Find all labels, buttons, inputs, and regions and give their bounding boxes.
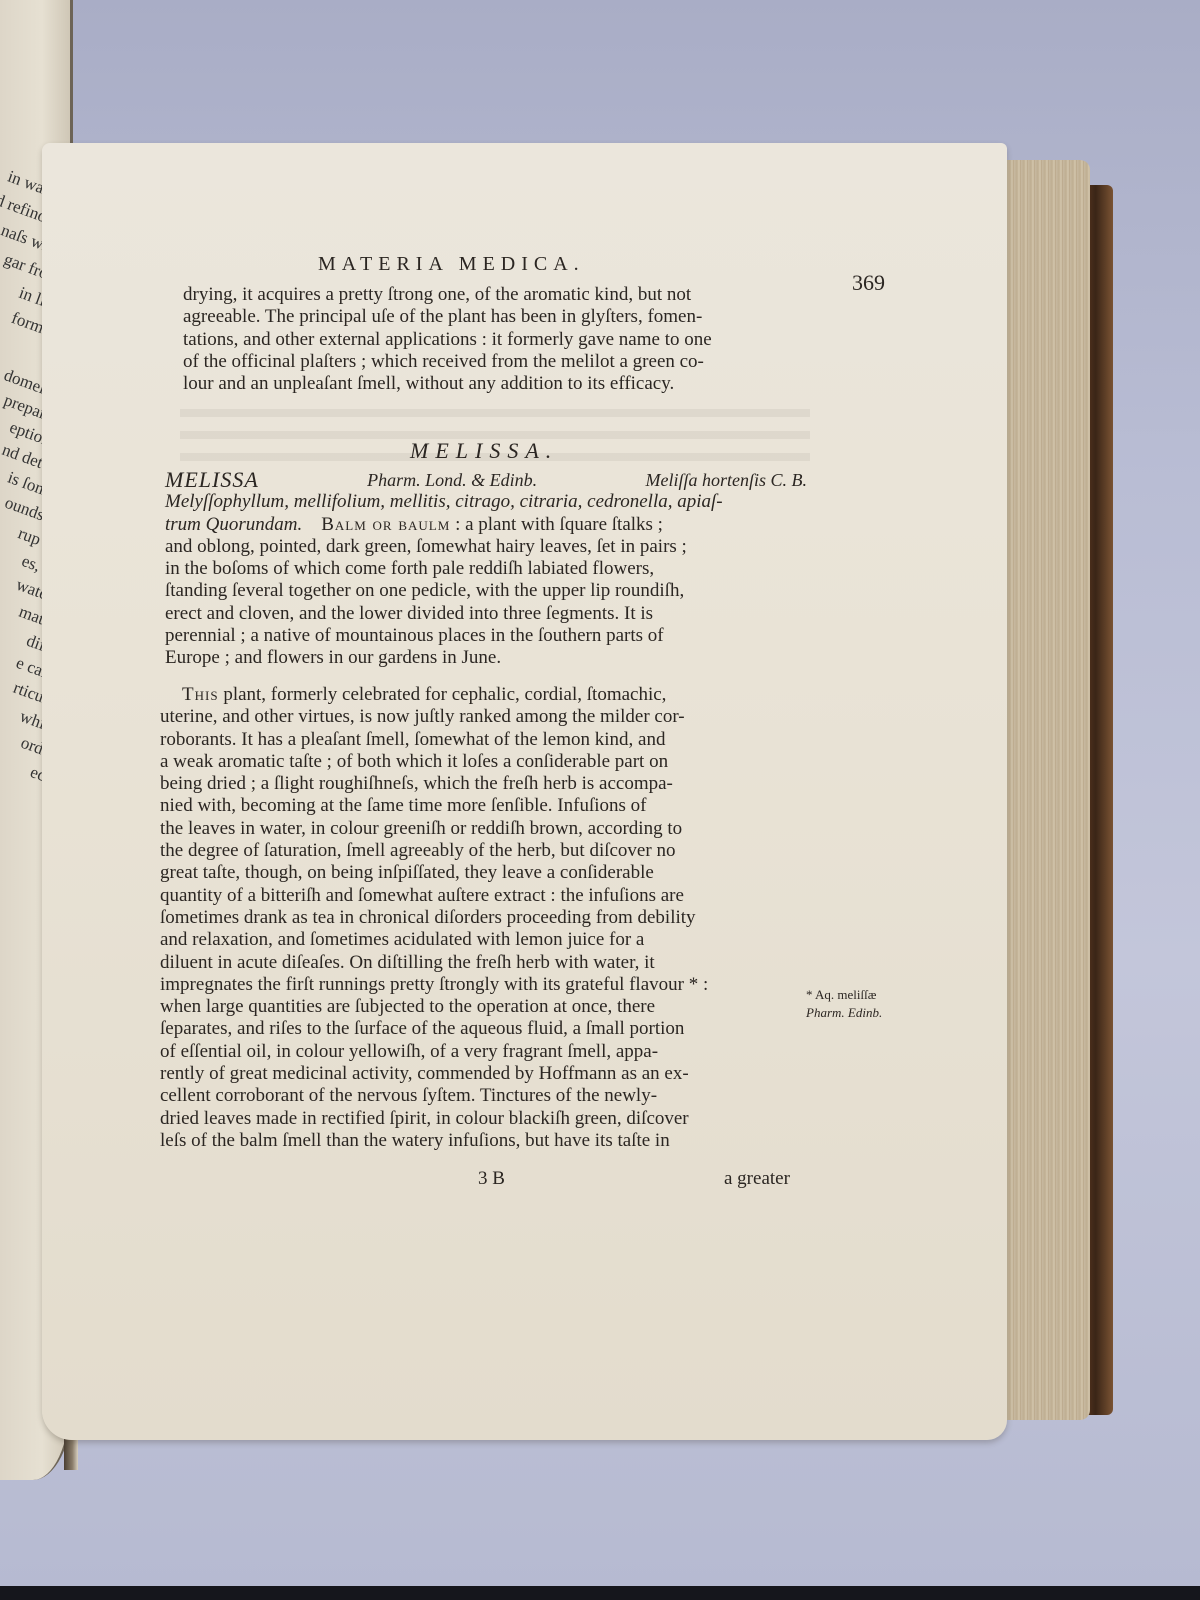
text-line: a weak aromatic taſte ; of both which it… [160, 751, 806, 773]
section-title: MELISSA. [410, 438, 558, 464]
text-line: This plant, formerly celebrated for ceph… [160, 684, 806, 706]
text-line: ſtanding ſeveral together on one pedicle… [165, 580, 807, 602]
text-line: agreeable. The principal uſe of the plan… [183, 306, 805, 328]
text-line: the leaves in water, in colour greeniſh … [160, 818, 806, 840]
text-line: and relaxation, and ſometimes acidulated… [160, 929, 806, 951]
page-number: 369 [852, 270, 885, 296]
text-line: Europe ; and flowers in our gardens in J… [165, 647, 807, 669]
table-edge [0, 1586, 1200, 1600]
text-line: great taſte, though, on being inſpiſſate… [160, 862, 806, 884]
description-start: : a plant with ſquare ſtalks ; [455, 514, 663, 535]
entry-description: MELISSA Pharm. Lond. & Edinb. Meliſſa ho… [165, 469, 807, 670]
text-line: tations, and other external applications… [183, 329, 805, 351]
catchword: a greater [724, 1168, 790, 1190]
page-stack-edge [1000, 160, 1090, 1420]
body-paragraph: This plant, formerly celebrated for ceph… [160, 684, 806, 1152]
text-line: being dried ; a ſlight roughiſhneſs, whi… [160, 773, 806, 795]
footnote-line: Pharm. Edinb. [806, 1004, 902, 1022]
text-line: and oblong, pointed, dark green, ſomewha… [165, 536, 807, 558]
text-line: leſs of the balm ſmell than the watery i… [160, 1130, 806, 1152]
text-line: cellent corroborant of the nervous ſyſte… [160, 1085, 806, 1107]
signature-mark: 3 B [478, 1168, 505, 1190]
text-line: lour and an unpleaſant ſmell, without an… [183, 373, 805, 395]
text-line: of eſſential oil, in colour yellowiſh, o… [160, 1041, 806, 1063]
running-head: MATERIA MEDICA. [318, 253, 585, 276]
synonyms-end: trum Quorundam. [165, 514, 302, 535]
text-line: when large quantities are ſubjected to t… [160, 996, 806, 1018]
common-name: Balm or baulm [321, 514, 450, 535]
text-line: ſeparates, and riſes to the ſurface of t… [160, 1018, 806, 1040]
text-line: the degree of ſaturation, ſmell agreeabl… [160, 840, 806, 862]
text-line: impregnates the firſt runnings pretty ſt… [160, 974, 806, 996]
text-line: erect and cloven, and the lower divided … [165, 603, 807, 625]
pharmacopoeia-ref: Pharm. Lond. & Edinb. [367, 469, 537, 491]
text-line: dried leaves made in rectified ſpirit, i… [160, 1108, 806, 1130]
continued-paragraph: drying, it acquires a pretty ſtrong one,… [183, 284, 805, 395]
text-line: trum Quorundam. Balm or baulm : a plant … [165, 514, 807, 536]
text-line: diluent in acute diſeaſes. On diſtilling… [160, 952, 806, 974]
lead-word: This [182, 684, 219, 705]
text-line: nied with, becoming at the ſame time mor… [160, 795, 806, 817]
synonym-cb: Meliſſa hortenſis C. B. [646, 469, 808, 491]
text-span: plant, formerly celebrated for cephalic,… [219, 684, 667, 705]
text-line: uterine, and other virtues, is now juſtl… [160, 706, 806, 728]
entry-name: MELISSA [165, 469, 259, 491]
text-line: quantity of a bitteriſh and ſomewhat auſ… [160, 885, 806, 907]
text-line: drying, it acquires a pretty ſtrong one,… [183, 284, 805, 306]
entry-head-line: MELISSA Pharm. Lond. & Edinb. Meliſſa ho… [165, 469, 807, 491]
footnote-line: * Aq. meliſſæ [806, 986, 902, 1004]
synonyms-line: Melyſſophyllum, mellifolium, mellitis, c… [165, 491, 807, 513]
text-line: in the boſoms of which come forth pale r… [165, 558, 807, 580]
text-line: roborants. It has a pleaſant ſmell, ſome… [160, 729, 806, 751]
text-line: ſometimes drank as tea in chronical diſo… [160, 907, 806, 929]
text-line: perennial ; a native of mountainous plac… [165, 625, 807, 647]
text-line: rently of great medicinal activity, comm… [160, 1063, 806, 1085]
margin-footnote: * Aq. meliſſæ Pharm. Edinb. [806, 986, 902, 1022]
text-line: of the officinal plaſters ; which receiv… [183, 351, 805, 373]
